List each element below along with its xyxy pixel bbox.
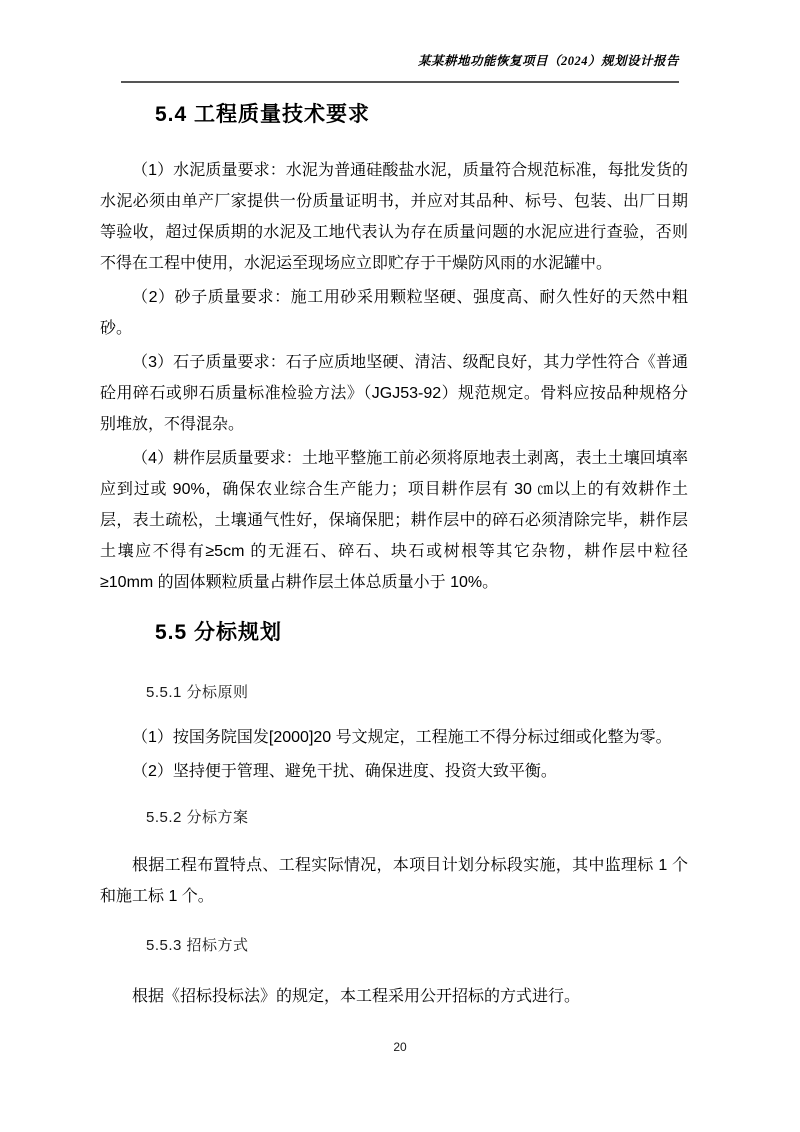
subheading-5-5-3: 5.5.3 招标方式 bbox=[146, 936, 249, 955]
section-5-4-body: （1）水泥质量要求：水泥为普通硅酸盐水泥，质量符合规范标准，每批发货的水泥必须由… bbox=[100, 155, 688, 598]
paragraph-stone-quality: （3）石子质量要求：石子应质地坚硬、清洁、级配良好，其力学性符合《普通砼用碎石或… bbox=[100, 347, 688, 440]
subheading-5-5-1: 5.5.1 分标原则 bbox=[146, 683, 249, 702]
section-5-5-1-body: （1）按国务院国发[2000]20 号文规定，工程施工不得分标过细或化整为零。 … bbox=[100, 722, 688, 787]
paragraph-sand-quality: （2）砂子质量要求：施工用砂采用颗粒坚硬、强度高、耐久性好的天然中粗砂。 bbox=[100, 282, 688, 344]
subheading-5-5-2: 5.5.2 分标方案 bbox=[146, 808, 249, 827]
heading-5-4: 5.4 工程质量技术要求 bbox=[155, 102, 370, 128]
running-header-title: 某某耕地功能恢复项目（2024）规划设计报告 bbox=[121, 51, 679, 69]
paragraph-tillage-layer-quality: （4）耕作层质量要求：土地平整施工前必须将原地表土剥离，表土土壤回填率应到过或 … bbox=[100, 443, 688, 598]
header-divider bbox=[121, 81, 679, 83]
section-5-5-3-body: 根据《招标投标法》的规定，本工程采用公开招标的方式进行。 bbox=[100, 981, 688, 1012]
page-number: 20 bbox=[0, 1040, 800, 1054]
section-5-5-2-body: 根据工程布置特点、工程实际情况，本项目计划分标段实施，其中监理标 1 个和施工标… bbox=[100, 850, 688, 912]
bid-principle-item-1: （1）按国务院国发[2000]20 号文规定，工程施工不得分标过细或化整为零。 bbox=[100, 722, 688, 753]
paragraph-cement-quality: （1）水泥质量要求：水泥为普通硅酸盐水泥，质量符合规范标准，每批发货的水泥必须由… bbox=[100, 155, 688, 279]
bid-scheme-paragraph: 根据工程布置特点、工程实际情况，本项目计划分标段实施，其中监理标 1 个和施工标… bbox=[100, 850, 688, 912]
tender-method-paragraph: 根据《招标投标法》的规定，本工程采用公开招标的方式进行。 bbox=[100, 981, 688, 1012]
document-page: 某某耕地功能恢复项目（2024）规划设计报告 5.4 工程质量技术要求 （1）水… bbox=[0, 0, 800, 1132]
heading-5-5: 5.5 分标规划 bbox=[155, 620, 282, 646]
bid-principle-item-2: （2）坚持便于管理、避免干扰、确保进度、投资大致平衡。 bbox=[100, 756, 688, 787]
